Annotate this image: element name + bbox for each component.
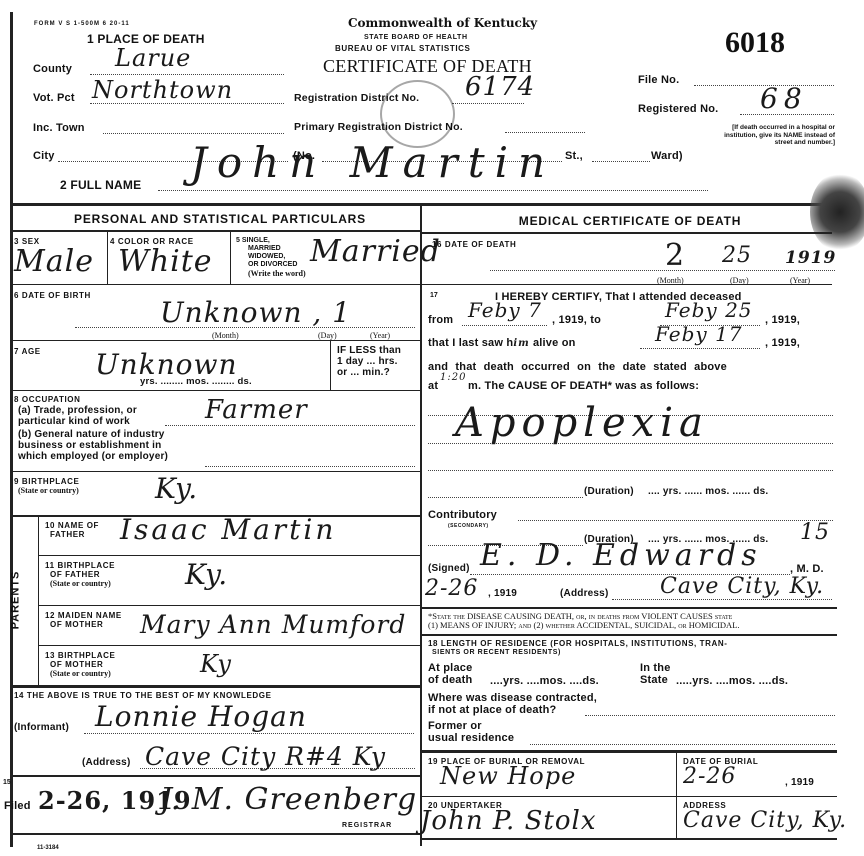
medical-address-value: Cave City, Ky. xyxy=(660,574,824,599)
occupation-b-field[interactable] xyxy=(205,466,415,467)
from-year: , 1919, to xyxy=(552,314,601,326)
contributory-sub: (SECONDARY) xyxy=(448,522,489,530)
at-place-label: At place of death xyxy=(428,662,472,686)
from-value: Feby 7 xyxy=(468,298,542,322)
birthplace-sub: (State or country) xyxy=(18,486,79,495)
undertaker-value: John P. Stolx xyxy=(420,806,596,836)
marital-value: Married xyxy=(310,234,441,269)
inc-town-label: Inc. Town xyxy=(33,122,85,134)
less-than-line: or ... min.? xyxy=(337,367,401,378)
row-rule xyxy=(38,605,420,606)
father-name-label: 10 NAME OF FATHER xyxy=(45,521,99,539)
registered-no-label: Registered No. xyxy=(638,103,718,115)
less-than-label: IF LESS than 1 day ... hrs. or ... min.? xyxy=(337,345,401,378)
row-rule xyxy=(12,390,420,391)
footnote-line: (1) MEANS OF INJURY; and (2) whether ACC… xyxy=(428,621,740,630)
date-of-death-field[interactable] xyxy=(490,270,835,271)
signed-value: E. D. Edwards xyxy=(480,538,762,573)
occupation-label: 8 OCCUPATION xyxy=(14,395,80,404)
former-residence-field[interactable] xyxy=(530,744,835,745)
last-saw-value: Feby 17 xyxy=(655,322,743,346)
mother-birthplace-label: 13 BIRTHPLACE OF MOTHER (State or countr… xyxy=(45,651,115,678)
father-name-line: 10 NAME OF xyxy=(45,521,99,530)
row-rule xyxy=(422,634,837,636)
informant-heading: 14 THE ABOVE IS TRUE TO THE BEST OF MY K… xyxy=(14,691,272,700)
marital-label-line: WIDOWED, xyxy=(236,253,306,261)
occupation-b-label: (b) General nature of industry business … xyxy=(18,429,168,462)
row-rule xyxy=(422,284,832,285)
burial-date-value: 2-26 xyxy=(683,764,736,789)
contributory-label: Contributory xyxy=(428,509,497,521)
inc-town-field[interactable] xyxy=(103,133,284,134)
in-state-label: In the State xyxy=(640,662,671,686)
burial-place-value: New Hope xyxy=(440,762,576,790)
signed-label: (Signed) xyxy=(428,563,470,574)
occupation-a-label: (a) Trade, profession, or particular kin… xyxy=(18,405,137,427)
informant-label: (Informant) xyxy=(14,722,69,733)
sex-race-divider xyxy=(107,232,108,284)
filed-num: 15 xyxy=(3,779,11,787)
certify-num: 17 xyxy=(430,292,438,300)
row-rule xyxy=(38,645,420,646)
board-title: STATE BOARD OF HEALTH xyxy=(364,33,468,42)
race-value: White xyxy=(118,244,213,279)
alive-on-text: alive on xyxy=(533,337,576,349)
marital-label-line: MARRIED xyxy=(236,245,306,253)
residence-heading-line: 18 LENGTH OF RESIDENCE (FOR HOSPITALS, I… xyxy=(428,639,728,648)
row-rule xyxy=(12,284,420,285)
filed-bottom-rule xyxy=(12,833,420,835)
occupation-b-line: which employed (or employer) xyxy=(18,451,168,462)
at-place-units: ....yrs. ....mos. ....ds. xyxy=(490,675,599,687)
in-state-units: .....yrs. ....mos. ....ds. xyxy=(676,675,788,687)
to-value: Feby 25 xyxy=(665,298,753,322)
informant-address-value: Cave City R#4 Ky xyxy=(145,742,386,771)
date-of-death-day: 25 xyxy=(722,243,752,268)
residence-heading-line: SIENTS OR RECENT RESIDENTS) xyxy=(428,648,728,657)
county-value: Larue xyxy=(115,44,191,72)
county-label: County xyxy=(33,63,72,75)
bureau-title: BUREAU OF VITAL STATISTICS xyxy=(335,44,470,53)
father-birthplace-value: Ky. xyxy=(185,558,228,591)
full-name-label: 2 FULL NAME xyxy=(60,178,141,192)
st-label: St., xyxy=(565,150,583,162)
signed-year: , 1919 xyxy=(488,588,517,599)
last-saw-label: that I last saw him alive on xyxy=(428,337,576,349)
last-saw-year: , 1919, xyxy=(765,337,800,349)
date-of-death-year: 1919 xyxy=(785,248,836,268)
father-name-line: FATHER xyxy=(45,530,99,539)
from-label: from xyxy=(428,314,453,326)
informant-field[interactable] xyxy=(84,733,414,734)
full-name-field[interactable] xyxy=(158,190,708,191)
less-than-line: 1 day ... hrs. xyxy=(337,356,401,367)
age-divider xyxy=(330,340,331,390)
former-line: Former or xyxy=(428,720,514,732)
last-saw-text: that I last saw h xyxy=(428,337,513,349)
duration-field[interactable] xyxy=(428,497,583,498)
filed-label: Filed xyxy=(4,800,31,812)
contracted-label: Where was disease contracted, if not at … xyxy=(428,692,597,716)
burial-date-year: , 1919 xyxy=(785,777,814,788)
marital-label-line: (Write the word) xyxy=(236,269,306,278)
mother-birthplace-line: OF MOTHER xyxy=(45,660,115,669)
burial-bottom-rule xyxy=(422,838,837,840)
contracted-line: if not at place of death? xyxy=(428,704,597,716)
death-occurred-text: and that death occurred on the date stat… xyxy=(428,361,727,373)
cause-label: m. The CAUSE OF DEATH* was as follows: xyxy=(468,380,699,392)
less-than-line: IF LESS than xyxy=(337,345,401,356)
mother-name-value: Mary Ann Mumford xyxy=(140,610,406,639)
at-label: at xyxy=(428,380,438,392)
age-label: 7 AGE xyxy=(14,347,41,356)
former-line: usual residence xyxy=(428,732,514,744)
registration-district-value: 6174 xyxy=(465,72,535,102)
father-name-value: Isaac Martin xyxy=(120,513,336,546)
father-birthplace-line: 11 BIRTHPLACE xyxy=(45,561,115,570)
father-birthplace-line: OF FATHER xyxy=(45,570,115,579)
former-residence-label: Former or usual residence xyxy=(428,720,514,744)
date-of-death-label: 16 DATE OF DEATH xyxy=(432,240,516,249)
parents-divider xyxy=(38,515,39,685)
from-field[interactable] xyxy=(462,325,547,326)
header-divider xyxy=(12,203,832,206)
certificate-document: FORM V S 1-500M 6 20-11 Commonwealth of … xyxy=(0,0,864,856)
dob-label: 6 DATE OF BIRTH xyxy=(14,291,91,300)
ward-field[interactable] xyxy=(592,161,650,162)
medical-address-field[interactable] xyxy=(612,599,832,600)
registered-no-value: 68 xyxy=(760,82,808,115)
sex-value: Male xyxy=(14,244,94,279)
birthplace-label: 9 BIRTHPLACE xyxy=(14,477,79,486)
contracted-line: Where was disease contracted, xyxy=(428,692,597,704)
ink-stain xyxy=(810,172,864,252)
medical-address-label: (Address) xyxy=(560,588,608,599)
occupation-a-line: particular kind of work xyxy=(18,416,137,427)
dob-value: Unknown , 1 xyxy=(160,296,351,329)
registration-district-field[interactable] xyxy=(452,103,524,104)
contracted-field[interactable] xyxy=(585,715,835,716)
mother-name-line: OF MOTHER xyxy=(45,620,122,629)
occupation-a-field[interactable] xyxy=(165,425,415,426)
registrar-value: J. M. Greenberg xyxy=(160,782,417,817)
residence-heading: 18 LENGTH OF RESIDENCE (FOR HOSPITALS, I… xyxy=(428,639,728,657)
occupation-b-line: business or establishment in xyxy=(18,440,168,451)
father-birthplace-sub: (State or country) xyxy=(45,579,115,588)
mother-birthplace-value: Ky xyxy=(200,650,232,678)
to-year: , 1919, xyxy=(765,314,800,326)
row-rule xyxy=(422,750,837,753)
marital-label: 5 SINGLE, MARRIED WIDOWED, OR DIVORCED (… xyxy=(236,237,306,278)
registrar-label: REGISTRAR xyxy=(342,822,392,830)
at-time: 1:20 xyxy=(440,372,466,383)
contributory-field[interactable] xyxy=(518,520,833,521)
vot-pct-value: Northtown xyxy=(92,76,233,104)
dob-year-label: (Year) xyxy=(370,331,390,340)
medical-heading: MEDICAL CERTIFICATE OF DEATH xyxy=(440,214,820,228)
informant-address-label: (Address) xyxy=(82,757,130,768)
at-place-line: At place xyxy=(428,662,472,674)
row-rule xyxy=(12,471,420,472)
date-of-death-month: 2 xyxy=(665,238,685,273)
cause-line-3[interactable] xyxy=(428,470,833,471)
footnote: *State the DISEASE CAUSING DEATH, or, in… xyxy=(428,612,740,630)
in-state-line: In the xyxy=(640,662,671,674)
full-name-value: John Martin xyxy=(190,138,555,187)
last-saw-field[interactable] xyxy=(640,348,760,349)
occupation-a-value: Farmer xyxy=(205,395,308,425)
in-state-line: State xyxy=(640,674,671,686)
personal-heading-rule xyxy=(12,230,420,232)
signed-date: 2-26 xyxy=(425,576,478,601)
vot-pct-label: Vot. Pct xyxy=(33,92,75,104)
medical-heading-rule xyxy=(422,232,832,234)
hospital-note: [If death occurred in a hospital or inst… xyxy=(715,124,835,147)
row-rule xyxy=(422,607,837,609)
mother-name-line: 12 MAIDEN NAME xyxy=(45,611,122,620)
row-rule xyxy=(422,796,837,797)
city-label: City xyxy=(33,150,55,162)
cause-value: Apoplexia xyxy=(455,400,709,446)
ward-label: Ward) xyxy=(651,150,683,162)
dob-month-label: (Month) xyxy=(212,331,239,340)
occupation-a-line: (a) Trade, profession, or xyxy=(18,405,137,416)
last-saw-him: im xyxy=(513,338,529,349)
parents-label: PARENTS xyxy=(9,571,21,630)
marital-label-line: 5 SINGLE, xyxy=(236,237,306,245)
occupation-b-line: (b) General nature of industry xyxy=(18,429,168,440)
form-code: FORM V S 1-500M 6 20-11 xyxy=(34,20,130,28)
footer-code: 11-3184 xyxy=(37,844,59,852)
marital-label-line: OR DIVORCED xyxy=(236,261,306,269)
birthplace-value: Ky. xyxy=(155,472,198,505)
row-rule xyxy=(12,340,420,341)
parents-bottom-rule xyxy=(12,685,420,688)
informant-bottom-rule xyxy=(12,775,420,777)
duration-units: .... yrs. ...... mos. ...... ds. xyxy=(648,486,768,497)
personal-heading: PERSONAL AND STATISTICAL PARTICULARS xyxy=(40,212,400,226)
commonwealth-title: Commonwealth of Kentucky xyxy=(348,16,537,30)
file-no-label: File No. xyxy=(638,74,679,86)
undertaker-address-value: Cave City, Ky. xyxy=(683,808,847,833)
at-place-line: of death xyxy=(428,674,472,686)
informant-value: Lonnie Hogan xyxy=(95,700,307,733)
duration-label: (Duration) xyxy=(584,486,634,497)
mother-name-label: 12 MAIDEN NAME OF MOTHER xyxy=(45,611,122,629)
father-birthplace-label: 11 BIRTHPLACE OF FATHER (State or countr… xyxy=(45,561,115,588)
registration-district-label: Registration District No. xyxy=(294,92,419,104)
left-border xyxy=(10,12,13,847)
file-number-printed: 6018 xyxy=(725,26,785,60)
row-rule xyxy=(38,555,420,556)
mother-birthplace-line: 13 BIRTHPLACE xyxy=(45,651,115,660)
contributory-duration-value: 15 xyxy=(800,520,830,545)
primary-registration-label: Primary Registration District No. xyxy=(294,121,463,133)
primary-registration-field[interactable] xyxy=(505,132,585,133)
county-field[interactable] xyxy=(90,74,284,75)
mother-birthplace-sub: (State or country) xyxy=(45,669,115,678)
dob-day-label: (Day) xyxy=(318,331,337,340)
race-marital-divider xyxy=(230,232,231,284)
age-units: yrs. ........ mos. ........ ds. xyxy=(140,376,252,387)
